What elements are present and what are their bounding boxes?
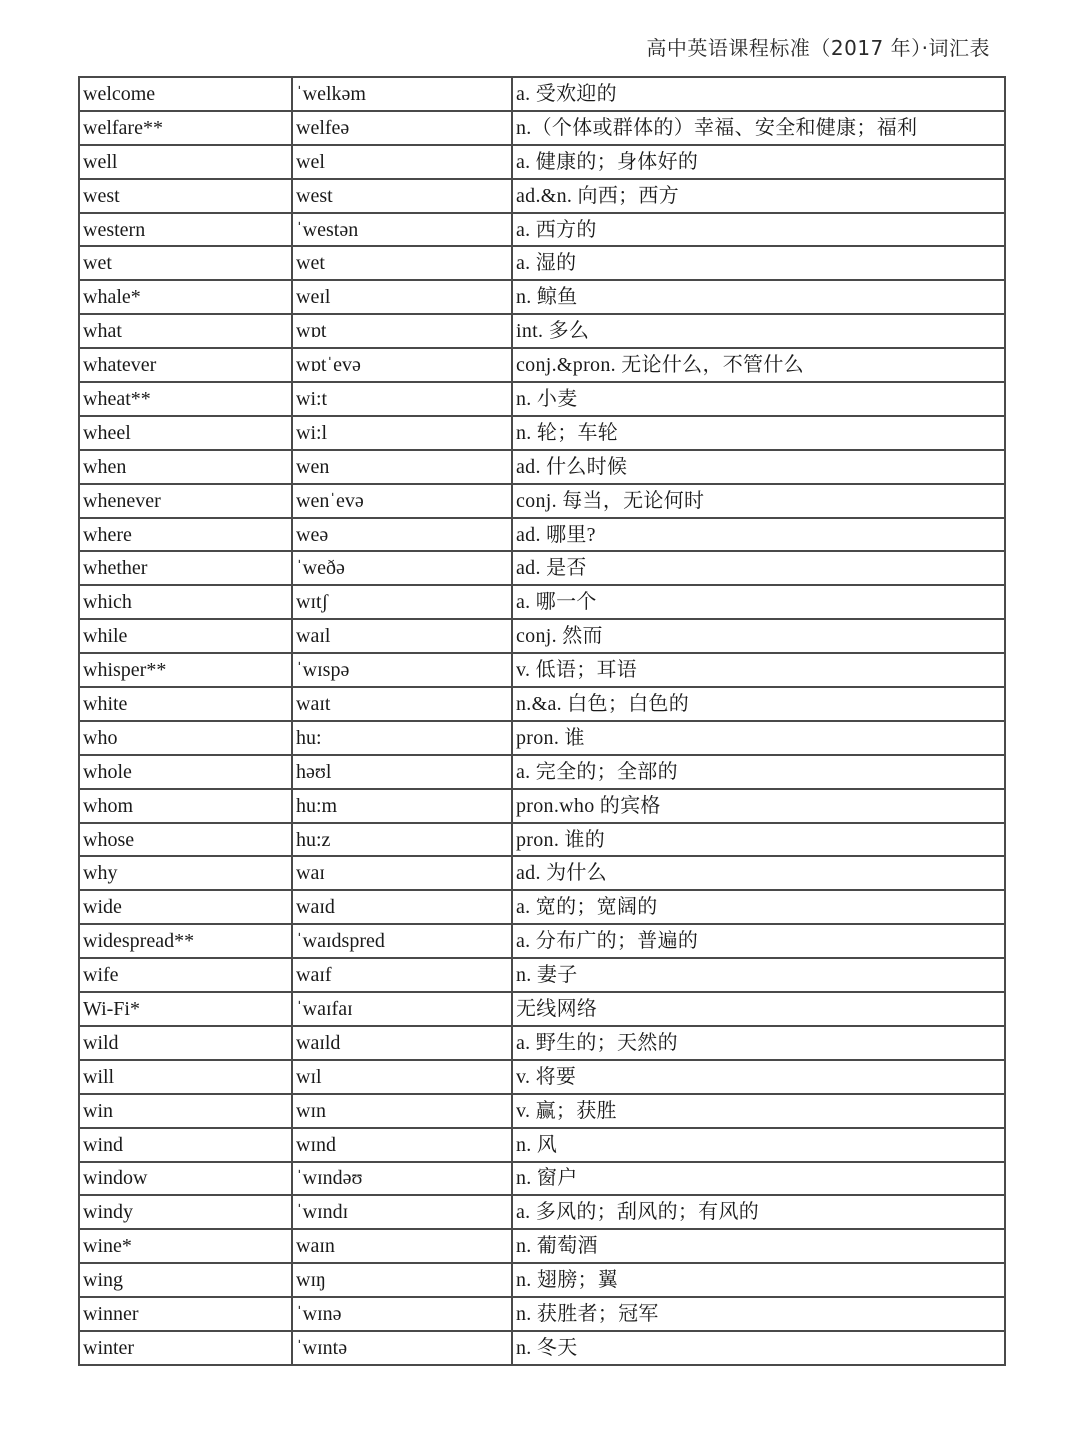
phonetic-cell: ˈwɪntə [292, 1331, 512, 1365]
meaning-cell: n. 小麦 [512, 382, 1005, 416]
vocabulary-table: welcomeˈwelkəma. 受欢迎的welfare**welfeən.（个… [78, 76, 1006, 1366]
table-row: welcomeˈwelkəma. 受欢迎的 [79, 77, 1005, 111]
word-cell: whale* [79, 280, 292, 314]
table-row: wheneverwenˈevəconj. 每当，无论何时 [79, 484, 1005, 518]
word-cell: where [79, 518, 292, 552]
word-cell: western [79, 213, 292, 247]
meaning-cell: n. 翅膀；翼 [512, 1263, 1005, 1297]
table-row: wheat**wi:tn. 小麦 [79, 382, 1005, 416]
table-row: wetweta. 湿的 [79, 246, 1005, 280]
table-row: windwɪndn. 风 [79, 1128, 1005, 1162]
phonetic-cell: ˈwaɪdspred [292, 924, 512, 958]
phonetic-cell: hu:z [292, 823, 512, 857]
meaning-cell: a. 湿的 [512, 246, 1005, 280]
meaning-cell: n. 轮；车轮 [512, 416, 1005, 450]
table-row: westwestad.&n. 向西；西方 [79, 179, 1005, 213]
phonetic-cell: ˈweðə [292, 551, 512, 585]
meaning-cell: n.（个体或群体的）幸福、安全和健康；福利 [512, 111, 1005, 145]
word-cell: wide [79, 890, 292, 924]
meaning-cell: conj.&pron. 无论什么，不管什么 [512, 348, 1005, 382]
table-row: wheelwi:ln. 轮；车轮 [79, 416, 1005, 450]
meaning-cell: conj. 然而 [512, 619, 1005, 653]
table-row: whateverwɒtˈevəconj.&pron. 无论什么，不管什么 [79, 348, 1005, 382]
meaning-cell: n. 妻子 [512, 958, 1005, 992]
meaning-cell: conj. 每当，无论何时 [512, 484, 1005, 518]
table-row: westernˈwestəna. 西方的 [79, 213, 1005, 247]
table-row: whichwɪtʃa. 哪一个 [79, 585, 1005, 619]
phonetic-cell: wɪn [292, 1094, 512, 1128]
word-cell: which [79, 585, 292, 619]
word-cell: wheel [79, 416, 292, 450]
table-row: whatwɒtint. 多么 [79, 314, 1005, 348]
phonetic-cell: ˈwɪspə [292, 653, 512, 687]
table-row: whosehu:zpron. 谁的 [79, 823, 1005, 857]
word-cell: what [79, 314, 292, 348]
meaning-cell: a. 健康的；身体好的 [512, 145, 1005, 179]
word-cell: when [79, 450, 292, 484]
word-cell: wine* [79, 1229, 292, 1263]
meaning-cell: a. 宽的；宽阔的 [512, 890, 1005, 924]
phonetic-cell: weɪl [292, 280, 512, 314]
table-row: whitewaɪtn.&a. 白色；白色的 [79, 687, 1005, 721]
word-cell: whole [79, 755, 292, 789]
table-row: wingwɪŋn. 翅膀；翼 [79, 1263, 1005, 1297]
word-cell: window [79, 1162, 292, 1196]
phonetic-cell: wɒt [292, 314, 512, 348]
meaning-cell: ad.&n. 向西；西方 [512, 179, 1005, 213]
phonetic-cell: wel [292, 145, 512, 179]
meaning-cell: n. 葡萄酒 [512, 1229, 1005, 1263]
phonetic-cell: hu:m [292, 789, 512, 823]
meaning-cell: ad. 为什么 [512, 856, 1005, 890]
meaning-cell: n.&a. 白色；白色的 [512, 687, 1005, 721]
word-cell: well [79, 145, 292, 179]
table-row: windyˈwɪndɪa. 多风的；刮风的；有风的 [79, 1195, 1005, 1229]
meaning-cell: int. 多么 [512, 314, 1005, 348]
meaning-cell: a. 分布广的；普遍的 [512, 924, 1005, 958]
table-row: willwɪlv. 将要 [79, 1060, 1005, 1094]
phonetic-cell: waɪld [292, 1026, 512, 1060]
meaning-cell: 无线网络 [512, 992, 1005, 1026]
word-cell: wing [79, 1263, 292, 1297]
table-row: widespread**ˈwaɪdspreda. 分布广的；普遍的 [79, 924, 1005, 958]
table-row: whenwenad. 什么时候 [79, 450, 1005, 484]
table-row: whale*weɪln. 鲸鱼 [79, 280, 1005, 314]
meaning-cell: a. 多风的；刮风的；有风的 [512, 1195, 1005, 1229]
table-row: winterˈwɪntən. 冬天 [79, 1331, 1005, 1365]
meaning-cell: ad. 哪里? [512, 518, 1005, 552]
table-row: welfare**welfeən.（个体或群体的）幸福、安全和健康；福利 [79, 111, 1005, 145]
phonetic-cell: ˈwestən [292, 213, 512, 247]
word-cell: whether [79, 551, 292, 585]
meaning-cell: n. 风 [512, 1128, 1005, 1162]
phonetic-cell: wɒtˈevə [292, 348, 512, 382]
table-row: whereweəad. 哪里? [79, 518, 1005, 552]
table-row: whywaɪad. 为什么 [79, 856, 1005, 890]
meaning-cell: v. 低语；耳语 [512, 653, 1005, 687]
word-cell: winter [79, 1331, 292, 1365]
meaning-cell: a. 完全的；全部的 [512, 755, 1005, 789]
meaning-cell: ad. 什么时候 [512, 450, 1005, 484]
phonetic-cell: waɪd [292, 890, 512, 924]
meaning-cell: v. 将要 [512, 1060, 1005, 1094]
phonetic-cell: weə [292, 518, 512, 552]
word-cell: will [79, 1060, 292, 1094]
table-row: wellwela. 健康的；身体好的 [79, 145, 1005, 179]
phonetic-cell: wi:t [292, 382, 512, 416]
table-row: winwɪnv. 赢；获胜 [79, 1094, 1005, 1128]
word-cell: whenever [79, 484, 292, 518]
vocabulary-table-body: welcomeˈwelkəma. 受欢迎的welfare**welfeən.（个… [79, 77, 1005, 1365]
table-row: whilewaɪlconj. 然而 [79, 619, 1005, 653]
word-cell: who [79, 721, 292, 755]
table-row: whomhu:mpron.who 的宾格 [79, 789, 1005, 823]
meaning-cell: ad. 是否 [512, 551, 1005, 585]
word-cell: whom [79, 789, 292, 823]
phonetic-cell: waɪt [292, 687, 512, 721]
meaning-cell: pron.who 的宾格 [512, 789, 1005, 823]
meaning-cell: n. 获胜者；冠军 [512, 1297, 1005, 1331]
phonetic-cell: wɪnd [292, 1128, 512, 1162]
word-cell: winner [79, 1297, 292, 1331]
phonetic-cell: wɪl [292, 1060, 512, 1094]
phonetic-cell: waɪf [292, 958, 512, 992]
word-cell: why [79, 856, 292, 890]
table-row: whohu:pron. 谁 [79, 721, 1005, 755]
phonetic-cell: ˈwelkəm [292, 77, 512, 111]
meaning-cell: pron. 谁 [512, 721, 1005, 755]
word-cell: welcome [79, 77, 292, 111]
word-cell: whatever [79, 348, 292, 382]
word-cell: white [79, 687, 292, 721]
table-row: Wi-Fi*ˈwaɪfaɪ无线网络 [79, 992, 1005, 1026]
phonetic-cell: waɪl [292, 619, 512, 653]
phonetic-cell: wet [292, 246, 512, 280]
phonetic-cell: ˈwɪnə [292, 1297, 512, 1331]
word-cell: wet [79, 246, 292, 280]
meaning-cell: n. 冬天 [512, 1331, 1005, 1365]
word-cell: whose [79, 823, 292, 857]
meaning-cell: n. 鲸鱼 [512, 280, 1005, 314]
meaning-cell: n. 窗户 [512, 1162, 1005, 1196]
word-cell: while [79, 619, 292, 653]
table-row: wildwaɪlda. 野生的；天然的 [79, 1026, 1005, 1060]
word-cell: west [79, 179, 292, 213]
phonetic-cell: həʊl [292, 755, 512, 789]
word-cell: win [79, 1094, 292, 1128]
phonetic-cell: waɪ [292, 856, 512, 890]
table-row: wine*waɪnn. 葡萄酒 [79, 1229, 1005, 1263]
table-row: wholehəʊla. 完全的；全部的 [79, 755, 1005, 789]
phonetic-cell: ˈwaɪfaɪ [292, 992, 512, 1026]
word-cell: wheat** [79, 382, 292, 416]
word-cell: wild [79, 1026, 292, 1060]
phonetic-cell: west [292, 179, 512, 213]
table-row: wifewaɪfn. 妻子 [79, 958, 1005, 992]
word-cell: Wi-Fi* [79, 992, 292, 1026]
table-row: widewaɪda. 宽的；宽阔的 [79, 890, 1005, 924]
table-row: whetherˈweðəad. 是否 [79, 551, 1005, 585]
word-cell: whisper** [79, 653, 292, 687]
phonetic-cell: welfeə [292, 111, 512, 145]
table-row: whisper**ˈwɪspəv. 低语；耳语 [79, 653, 1005, 687]
table-row: windowˈwɪndəʊn. 窗户 [79, 1162, 1005, 1196]
phonetic-cell: wen [292, 450, 512, 484]
meaning-cell: a. 野生的；天然的 [512, 1026, 1005, 1060]
meaning-cell: a. 西方的 [512, 213, 1005, 247]
phonetic-cell: hu: [292, 721, 512, 755]
meaning-cell: a. 受欢迎的 [512, 77, 1005, 111]
phonetic-cell: waɪn [292, 1229, 512, 1263]
word-cell: wind [79, 1128, 292, 1162]
phonetic-cell: wɪŋ [292, 1263, 512, 1297]
phonetic-cell: wenˈevə [292, 484, 512, 518]
phonetic-cell: wi:l [292, 416, 512, 450]
table-row: winnerˈwɪnən. 获胜者；冠军 [79, 1297, 1005, 1331]
word-cell: widespread** [79, 924, 292, 958]
word-cell: wife [79, 958, 292, 992]
word-cell: windy [79, 1195, 292, 1229]
word-cell: welfare** [79, 111, 292, 145]
meaning-cell: a. 哪一个 [512, 585, 1005, 619]
meaning-cell: v. 赢；获胜 [512, 1094, 1005, 1128]
phonetic-cell: ˈwɪndɪ [292, 1195, 512, 1229]
phonetic-cell: wɪtʃ [292, 585, 512, 619]
meaning-cell: pron. 谁的 [512, 823, 1005, 857]
phonetic-cell: ˈwɪndəʊ [292, 1162, 512, 1196]
page-title: 高中英语课程标准（2017 年）·词汇表 [646, 32, 990, 61]
